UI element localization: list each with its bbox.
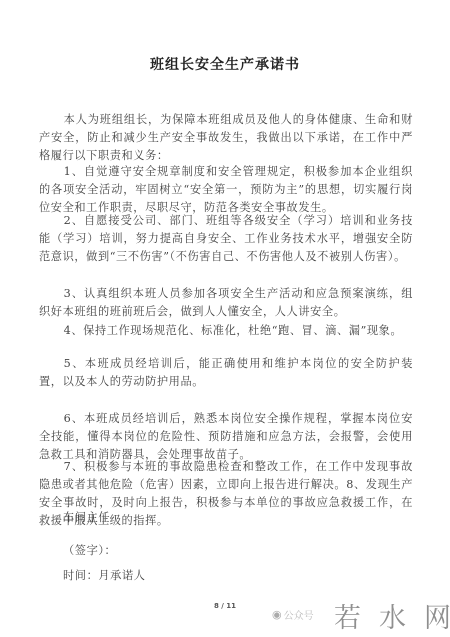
intro-text: 本人为班组组长，为保障本班组成员及他人的身体健康、生命和财产安全，防止和减少生产… [39,111,413,165]
commitment-item-4: 4、保持工作现场规范化、标准化，杜绝“跑、冒、滴、漏”现象。 [39,322,413,340]
item-text: 5、本班成员经培训后，能正确使用和维护本岗位的安全防护装置，以及本人的劳动防护用… [39,355,413,391]
item-text: 4、保持工作现场规范化、标准化，杜绝“跑、冒、滴、漏”现象。 [39,322,413,340]
item-text: 2、自愿接受公司、部门、班组等各级安全（学习）培训和业务技能（学习）培训，努力提… [39,212,413,266]
commitment-item-6: 6、本班成员经培训后，熟悉本岗位安全操作规程，掌握本岗位安全技能，懂得本岗位的危… [39,410,413,464]
watermark-small-text: 公众号 [284,607,314,622]
document-page: 班组长安全生产承诺书 本人为班组组长，为保障本班组成员及他人的身体健康、生命和财… [0,0,450,637]
workshop-director-label: 车间主任 [63,509,110,525]
commitment-item-3: 3、认真组织本班人员参加各项安全生产活动和应急预案演练，组织好本班组的班前班后会… [39,285,413,321]
date-promisor-label: 时间：月承诺人 [63,567,146,583]
wechat-icon: ◉ [272,608,282,621]
signature-label: （签字）： [63,542,116,558]
intro-paragraph: 本人为班组组长，为保障本班组成员及他人的身体健康、生命和财产安全，防止和减少生产… [39,111,413,165]
commitment-item-5: 5、本班成员经培训后，能正确使用和维护本岗位的安全防护装置，以及本人的劳动防护用… [39,355,413,391]
document-title: 班组长安全生产承诺书 [0,54,450,74]
commitment-item-1: 1、自觉遵守安全规章制度和安全管理规定，积极参加本企业组织的各项安全活动，牢固树… [39,163,413,217]
watermark-big-text: 若水网 [334,596,450,635]
item-text: 3、认真组织本班人员参加各项安全生产活动和应急预案演练，组织好本班组的班前班后会… [39,285,413,321]
item-text: 1、自觉遵守安全规章制度和安全管理规定，积极参加本企业组织的各项安全活动，牢固树… [39,163,413,217]
watermark: ◉ 公众号 若水网 [272,596,314,632]
commitment-item-2: 2、自愿接受公司、部门、班组等各级安全（学习）培训和业务技能（学习）培训，努力提… [39,212,413,266]
item-text: 6、本班成员经培训后，熟悉本岗位安全操作规程，掌握本岗位安全技能，懂得本岗位的危… [39,410,413,464]
